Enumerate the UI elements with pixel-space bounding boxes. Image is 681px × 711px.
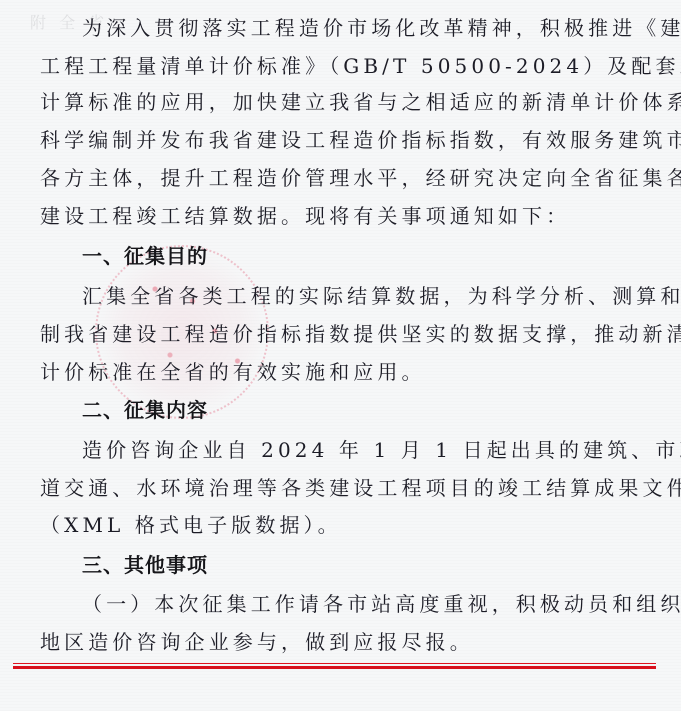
intro-line-4: 科学编制并发布我省建设工程造价指标指数，有效服务建筑市场 [40,128,640,152]
section1-line-3: 计价标准在全省的有效实施和应用。 [40,360,640,384]
section3-line-1: （一）本次征集工作请各市站高度重视，积极动员和组织本 [82,592,681,616]
intro-line-3: 计算标准的应用，加快建立我省与之相适应的新清单计价体系， [40,90,640,114]
section1-line-1: 汇集全省各类工程的实际结算数据，为科学分析、测算和编 [82,284,681,308]
intro-line-6: 建设工程竣工结算数据。现将有关事项通知如下： [40,204,640,228]
intro-line-5: 各方主体，提升工程造价管理水平，经研究决定向全省征集各类 [40,166,640,190]
section1-line-2: 制我省建设工程造价指标指数提供坚实的数据支撑，推动新清单 [40,322,640,346]
intro-line-2: 工程工程量清单计价标准》（GB/T 50500-2024）及配套工程量 [40,54,640,78]
section3-line-2: 地区造价咨询企业参与，做到应报尽报。 [40,630,640,654]
red-double-divider [13,663,656,669]
intro-line-1: 为深入贯彻落实工程造价市场化改革精神，积极推进《建设 [82,16,681,40]
section2-line-2: 道交通、水环境治理等各类建设工程项目的竣工结算成果文件 [40,476,640,500]
section-heading-content: 二、征集内容 [82,398,208,422]
document-page: 附 全 省 为深入贯彻落实工程造价市场化改革精神，积极推进《建设 工程工程量清单… [0,0,681,711]
section2-line-1: 造价咨询企业自 2024 年 1 月 1 日起出具的建筑、市政、轨 [82,438,681,462]
section-heading-purpose: 一、征集目的 [82,244,208,268]
section2-line-3: （XML 格式电子版数据）。 [40,513,640,537]
section-heading-other: 三、其他事项 [82,553,208,577]
